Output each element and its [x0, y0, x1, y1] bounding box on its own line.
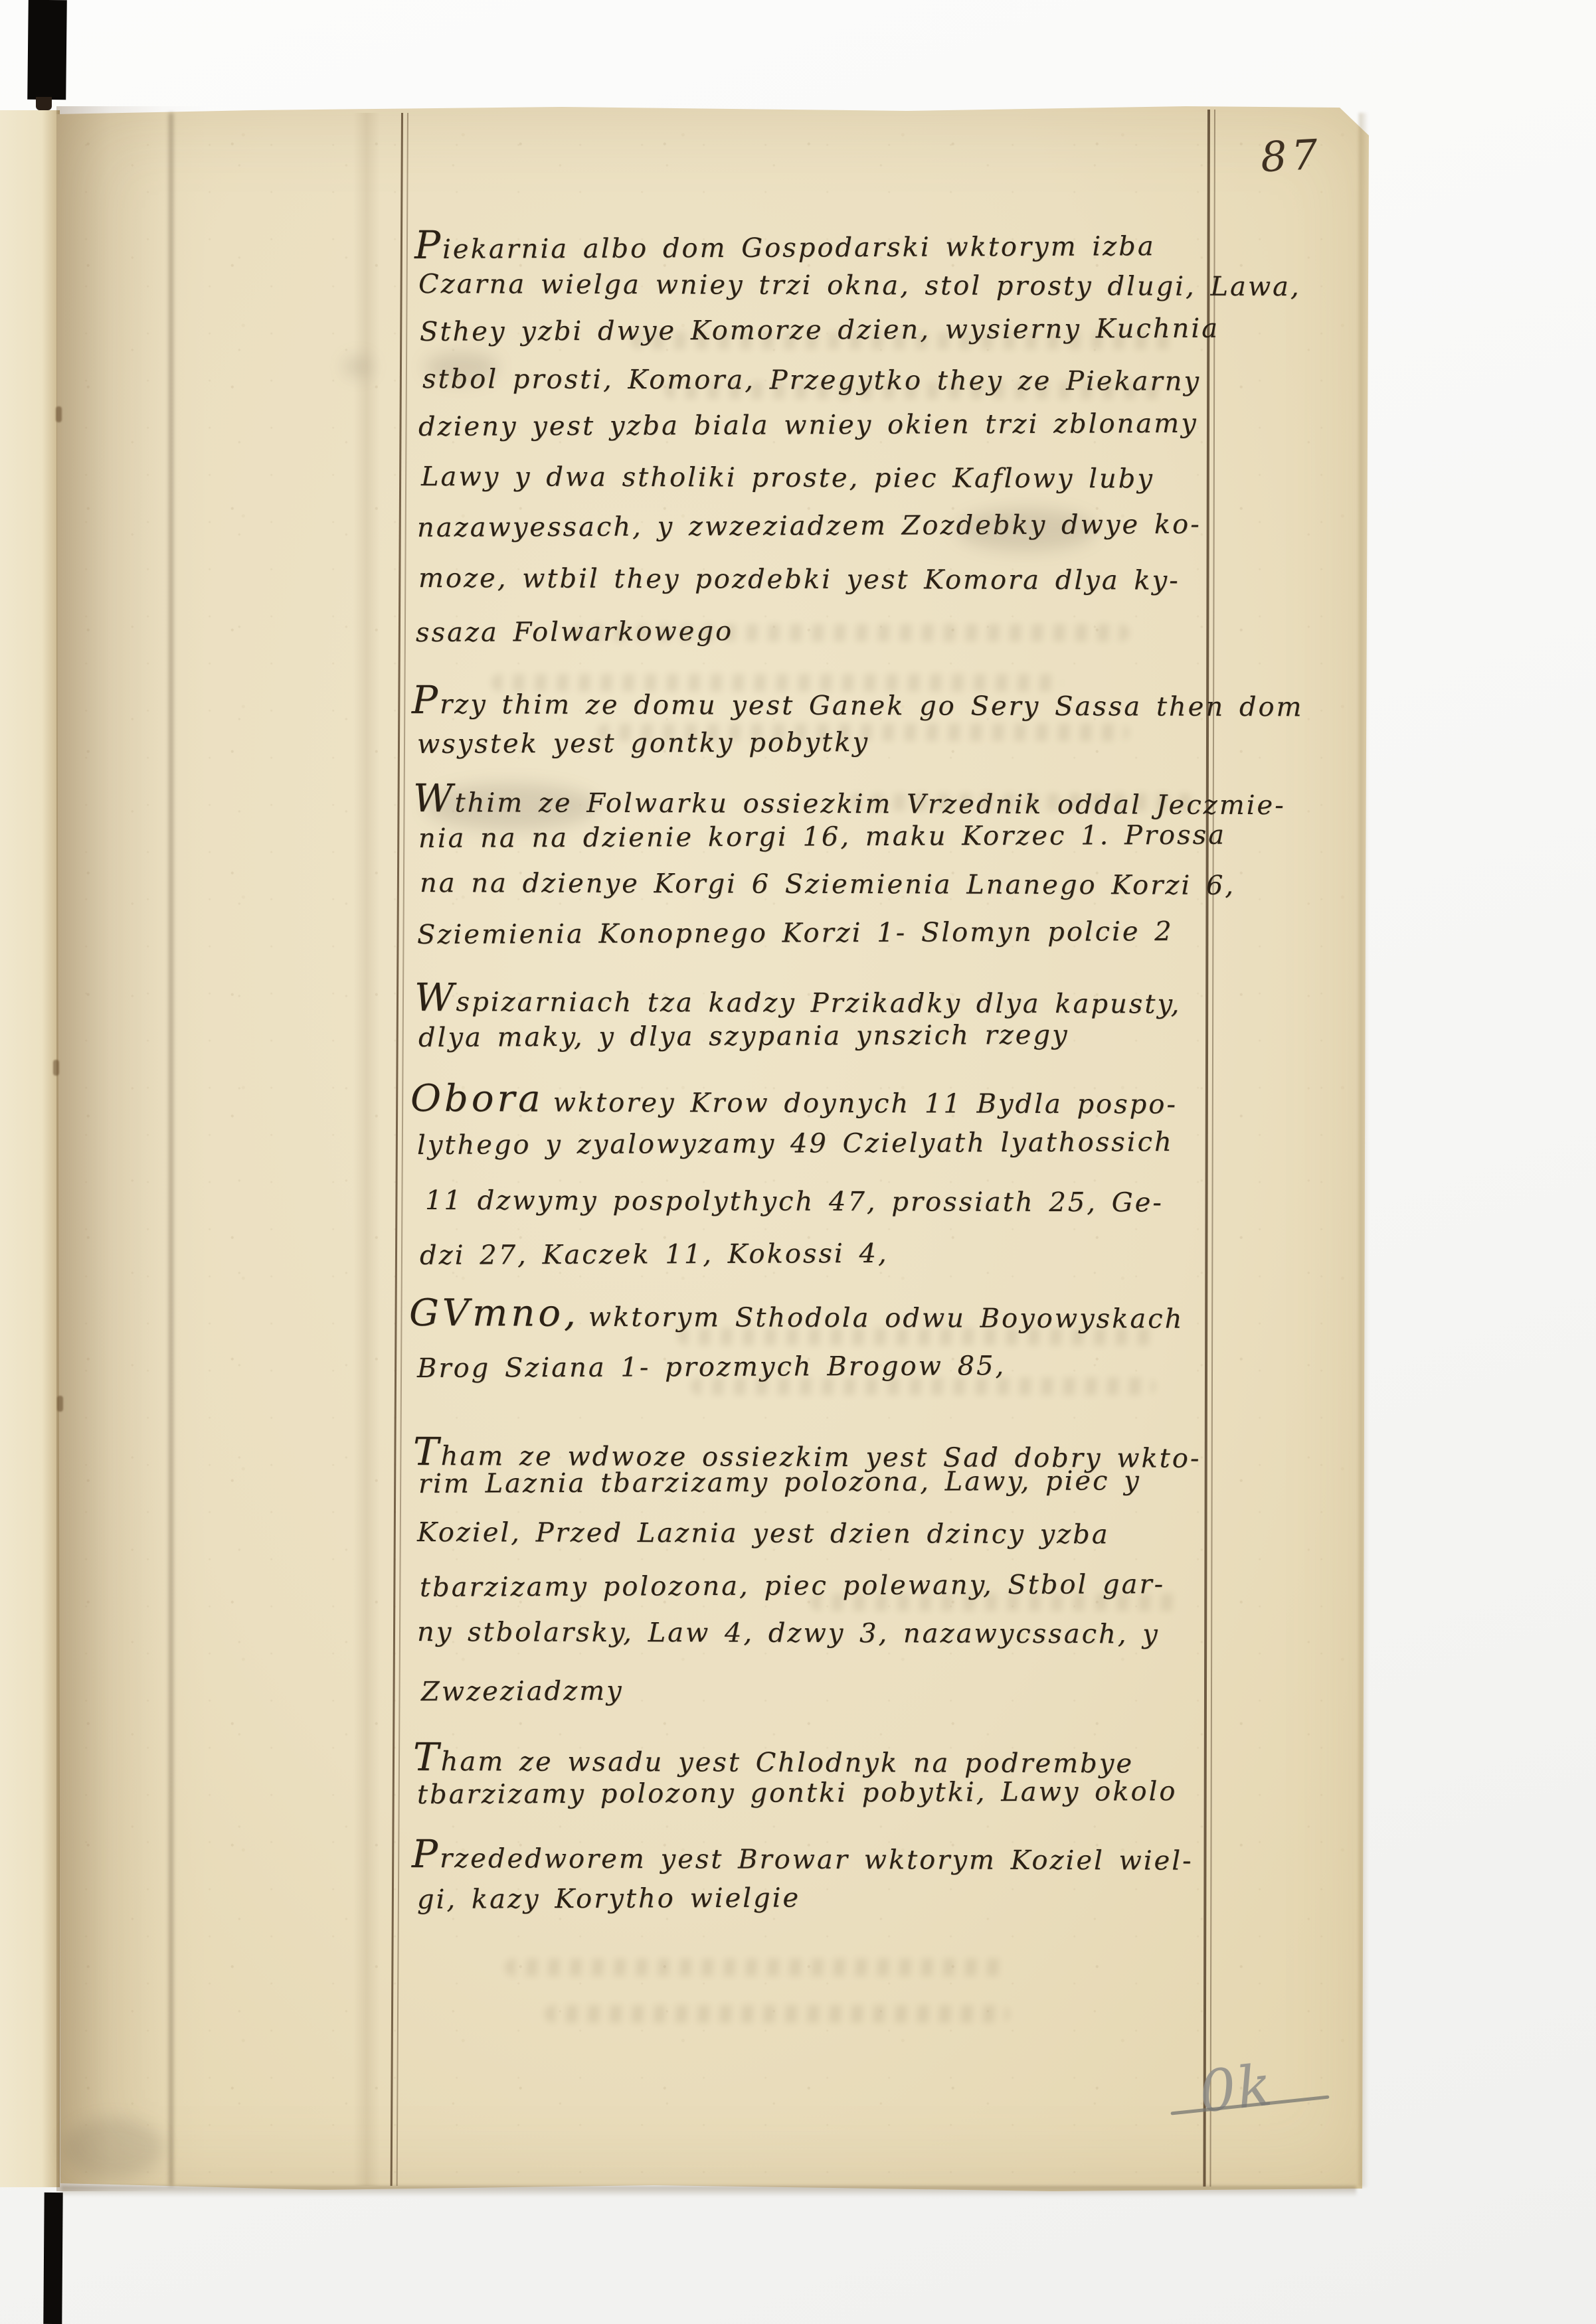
- paper-crease-band: [353, 113, 380, 2186]
- manuscript-line: Brog Sziana 1- prozmych Brogow 85,: [417, 1351, 1006, 1384]
- manuscript-line: dlya maky, y dlya szypania ynszich rzegy: [418, 1020, 1069, 1053]
- manuscript-line: Przededworem yest Browar wktorym Koziel …: [412, 1831, 1194, 1879]
- manuscript-line: Sziemienia Konopnego Korzi 1- Slomyn pol…: [417, 916, 1174, 950]
- pencil-annotation: 0k: [1196, 2052, 1277, 2125]
- binding-tape-top-tail: [36, 97, 52, 110]
- manuscript-line-section-gumno: GVmno,wktorym Sthodola odwu Boyowyskach: [409, 1291, 1184, 1337]
- stitch-mark: [56, 406, 62, 422]
- manuscript-line: nazawyessach, y zwzeziadzem Zozdebky dwy…: [417, 509, 1201, 543]
- manuscript-line: Wspizarniach tza kadzy Przikadky dlya ka…: [414, 975, 1182, 1023]
- manuscript-line: ssaza Folwarkowego: [416, 616, 733, 648]
- gutter-crease-line: [169, 113, 173, 2186]
- manuscript-line: Zwzeziadzmy: [421, 1676, 624, 1707]
- ink-smudge: [64, 2118, 163, 2178]
- bleedthrough-mark: [545, 2005, 1010, 2023]
- manuscript-line: stbol prosti, Komora, Przegytko they ze …: [422, 364, 1201, 397]
- page-bottom-edge-shadow: [61, 2186, 1356, 2197]
- manuscript-line: gi, kazy Korytho wielgie: [417, 1882, 800, 1915]
- section-rest: wktorym Sthodola odwu Boyowyskach: [588, 1302, 1184, 1335]
- manuscript-line: moze, wtbil they pozdebki yest Komora dl…: [418, 563, 1180, 596]
- page-number: 87: [1259, 130, 1324, 182]
- manuscript-line: Piekarnia albo dom Gospodarski wktorym i…: [414, 219, 1156, 268]
- manuscript-line: lythego y zyalowyzamy 49 Czielyath lyath…: [417, 1127, 1174, 1161]
- manuscript-line: Czarna wielga wniey trzi okna, stol pros…: [418, 269, 1301, 302]
- binding-tape-top: [27, 0, 67, 100]
- manuscript-line: wsystek yest gontky pobytky: [417, 727, 869, 760]
- manuscript-line: dzieny yest yzba biala wniey okien trzi …: [418, 408, 1198, 442]
- stitch-mark: [57, 1396, 63, 1412]
- manuscript-line: Koziel, Przed Laznia yest dzien dzincy y…: [417, 1517, 1110, 1550]
- underlying-page-edge: [0, 110, 60, 2187]
- manuscript-line: Przy thim ze domu yest Ganek go Sery Sas…: [412, 677, 1304, 725]
- manuscript-line: Sthey yzbi dwye Komorze dzien, wysierny …: [420, 313, 1219, 347]
- manuscript-line: rim Laznia tbarzizamy polozona, Lawy, pi…: [418, 1465, 1141, 1499]
- manuscript-line: na na dzienye Korgi 6 Sziemienia Lnanego…: [420, 868, 1235, 901]
- manuscript-line: tbarzizamy polozona, piec polewany, Stbo…: [420, 1569, 1165, 1603]
- bleedthrough-mark: [505, 1959, 1010, 1976]
- manuscript-line: nia na na dzienie korgi 16, maku Korzec …: [418, 820, 1226, 854]
- binding-tape-bottom: [43, 2193, 62, 2324]
- section-word-obora: Obora: [410, 1077, 544, 1121]
- manuscript-line: ny stbolarsky, Law 4, dzwy 3, nazawycssa…: [417, 1617, 1160, 1650]
- gutter-shadow: [56, 106, 209, 2191]
- manuscript-line: 11 dzwymy pospolythych 47, prossiath 25,…: [425, 1185, 1164, 1218]
- stitch-mark: [53, 1060, 59, 1076]
- manuscript-line: dzi 27, Kaczek 11, Kokossi 4,: [420, 1238, 889, 1271]
- manuscript-line: Lawy y dwa stholiki proste, piec Kaflowy…: [421, 461, 1154, 494]
- section-rest: wktorey Krow doynych 11 Bydla pospo-: [553, 1088, 1178, 1120]
- section-word-gumno: GVmno,: [409, 1291, 579, 1335]
- manuscript-line: Wthim ze Folwarku ossiezkim Vrzednik odd…: [413, 776, 1286, 823]
- page-right-edge-shadow: [1359, 113, 1368, 2187]
- manuscript-line: Tham ze wsadu yest Chlodnyk na podrembye: [413, 1734, 1134, 1782]
- manuscript-line: tbarzizamy polozony gontki pobytki, Lawy…: [417, 1776, 1178, 1810]
- ink-smudge: [344, 356, 372, 377]
- manuscript-line-section-obora: Oborawktorey Krow doynych 11 Bydla pospo…: [410, 1077, 1178, 1123]
